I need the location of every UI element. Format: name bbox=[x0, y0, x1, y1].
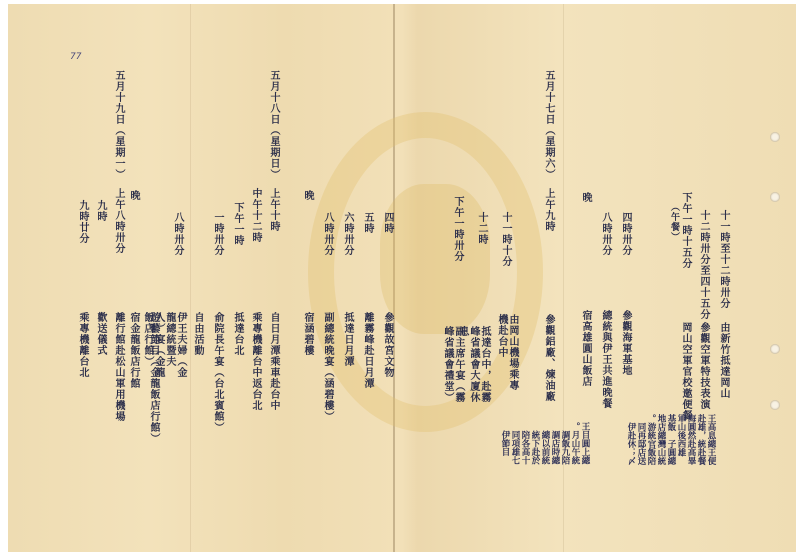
time: 十二時 bbox=[476, 212, 487, 245]
time: 一時卅分 bbox=[212, 212, 223, 256]
time: 九時 bbox=[95, 200, 106, 222]
time-note: （午餐） bbox=[668, 202, 679, 242]
time: 八時卅分 bbox=[322, 212, 333, 256]
time: 四時 bbox=[382, 212, 393, 234]
activity: 由新竹抵達岡山 bbox=[718, 322, 729, 399]
time: 八時卅分 bbox=[172, 212, 183, 256]
date-heading: 五月十九日（星期一） bbox=[113, 70, 124, 180]
time: 四時卅分 bbox=[620, 212, 631, 256]
time: 六時卅分 bbox=[342, 212, 353, 256]
time: 上午十時 bbox=[268, 188, 279, 232]
activity: 乘專機離台北 bbox=[77, 312, 88, 378]
activity: 參觀海軍基地 bbox=[620, 310, 631, 376]
activity: 總統與伊王共進晚餐 bbox=[600, 310, 611, 409]
activity: 副總統晚宴（涵碧樓） bbox=[322, 312, 333, 422]
activity: 抵達日月潭 bbox=[342, 312, 353, 367]
activity: 離行館赴松山軍用機場 bbox=[113, 312, 124, 422]
time: 下午一時 bbox=[232, 202, 243, 246]
activity: 自日月潭乘車赴台中 bbox=[268, 312, 279, 411]
time: 下午一時卅分 bbox=[452, 196, 463, 262]
activity: 自由活動 bbox=[192, 312, 203, 356]
punch-hole bbox=[770, 192, 780, 202]
punch-hole bbox=[770, 344, 780, 354]
time: 八時卅分 bbox=[600, 212, 611, 256]
activity: 岡山空軍官校邀便餐 bbox=[680, 322, 691, 421]
activity: 抵達台北 bbox=[232, 312, 243, 356]
activity: 宿涵碧樓 bbox=[302, 312, 313, 356]
activity: 歡送儀式 bbox=[95, 312, 106, 356]
time: 晚 bbox=[302, 190, 313, 201]
punch-hole bbox=[770, 132, 780, 142]
activity: 參觀鋁廠、煉油廠 bbox=[543, 314, 554, 402]
page-number: 77 bbox=[70, 52, 81, 62]
watermark-emblem bbox=[380, 184, 490, 334]
crease bbox=[190, 4, 191, 552]
activity: 參觀故宮文物 bbox=[382, 312, 393, 378]
time: 上午九時 bbox=[543, 188, 554, 232]
time: 十一時十分 bbox=[500, 212, 511, 267]
crease bbox=[563, 4, 564, 552]
activity: 抵達台中，赴霧峰省議會大廈休息 bbox=[464, 326, 490, 406]
activity: 由岡山機場乘專機赴台中 bbox=[492, 314, 518, 394]
activity: 宿高雄圓山飯店 bbox=[580, 310, 591, 387]
time: 十二時卅分至四十五分 bbox=[698, 210, 709, 320]
activity: 參觀空軍特技表演 bbox=[698, 322, 709, 410]
activity: 副主席午宴（霧峰省議會禮堂） bbox=[438, 326, 464, 411]
date-heading: 五月十七日（星期六） bbox=[543, 70, 554, 180]
footnote: 王目圓上總 。月山午統 調飯九陪 調店時總 總以前統 統下赴於 陪各高十 同項雄… bbox=[500, 422, 590, 465]
footnote: 王高息總王便 赴雄，統赴餐 海圓然赴高畢 軍山後西雄 基飯 子圓總 地店總灣山統… bbox=[626, 414, 716, 465]
time: 十一時至十二時卅分 bbox=[718, 210, 729, 309]
document-page bbox=[8, 4, 796, 552]
activity: 宿金龍飯店行館 bbox=[128, 312, 139, 389]
punch-hole bbox=[770, 400, 780, 410]
activity: 遊藝節目（金龍飯店行館） bbox=[148, 312, 159, 444]
time: 晚 bbox=[128, 190, 139, 201]
time: 晚 bbox=[580, 192, 591, 203]
time: 五時 bbox=[362, 212, 373, 234]
time: 下午一時十五分 bbox=[680, 192, 691, 269]
time: 中午十二時 bbox=[250, 188, 261, 243]
activity: 乘專機離台中返台北 bbox=[250, 312, 261, 411]
activity: 離霧峰赴日月潭 bbox=[362, 312, 373, 389]
time: 九時廿分 bbox=[77, 200, 88, 244]
date-heading: 五月十八日（星期日） bbox=[268, 70, 279, 180]
activity: 伊王夫婦（金龍總統暨夫人）宴（金龍飯店行館） bbox=[160, 312, 186, 382]
time: 上午八時卅分 bbox=[113, 188, 124, 254]
activity: 俞院長午宴（台北賓館） bbox=[212, 312, 223, 433]
